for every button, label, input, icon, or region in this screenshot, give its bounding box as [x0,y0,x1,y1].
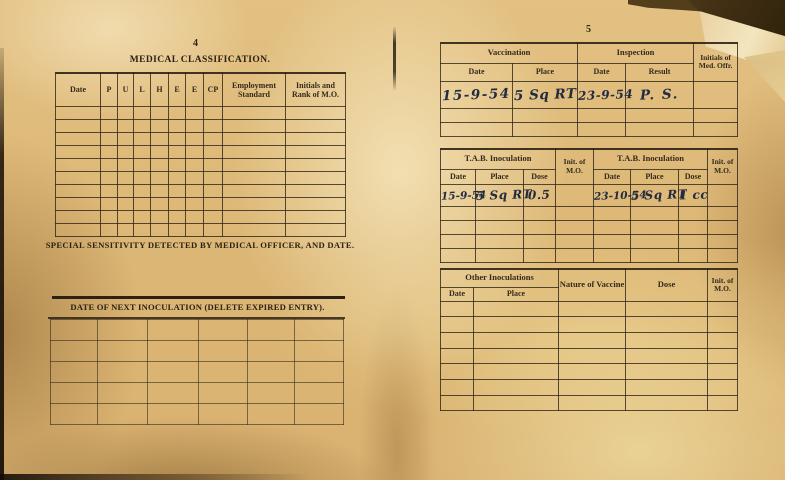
group-header-other-inoculations: Other Inoculations [441,269,559,287]
empty-cell [199,404,248,425]
empty-cell [223,223,286,236]
col-header-tab-dose-left: Dose [524,169,556,184]
table-row [56,210,346,223]
empty-cell [204,171,223,184]
empty-cell [199,341,248,362]
table-row [51,362,344,383]
empty-cell [441,379,474,395]
page-edge-left [0,48,4,480]
empty-cell [708,206,738,220]
vaccination-entry-row: 15-9-54 5 Sq RT 23-9-54 P. S. [441,81,738,108]
group-header-vaccination: Vaccination [441,43,578,63]
empty-cell [169,223,186,236]
empty-cell [118,210,134,223]
empty-cell [204,106,223,119]
empty-cell [474,332,559,348]
empty-cell [248,383,295,404]
empty-cell [186,223,204,236]
empty-cell [474,348,559,364]
empty-cell [169,184,186,197]
empty-cell [694,108,738,122]
empty-cell [441,206,476,220]
group-header-tab-right: T.A.B. Inoculation [594,149,708,169]
handwritten-inspection-result: P. S. [640,86,679,103]
empty-cell [524,234,556,248]
table-row [441,332,738,348]
empty-cell [118,132,134,145]
empty-cell [626,379,708,395]
table-row [441,220,738,234]
empty-cell [186,197,204,210]
medical-classification-title: MEDICAL CLASSIFICATION. [55,55,345,65]
table-row [441,122,738,136]
empty-cell [151,119,169,132]
empty-cell [151,171,169,184]
empty-cell [441,364,474,380]
empty-cell [148,404,199,425]
vaccination-place-cell: 5 Sq RT [513,81,578,108]
empty-cell [286,119,346,132]
empty-cell [556,248,594,262]
empty-cell [101,184,118,197]
empty-cell [286,145,346,158]
table-row [441,364,738,380]
empty-cell [134,158,151,171]
empty-cell [134,223,151,236]
page-number-right: 5 [586,24,591,35]
col-header-vaccination-place: Place [513,63,578,81]
empty-cell [134,184,151,197]
empty-cell [186,210,204,223]
empty-cell [594,206,631,220]
handwritten-tab-place-left: 5 Sq RT [476,187,532,203]
empty-cell [286,171,346,184]
empty-cell [118,106,134,119]
handwritten-tab-dose-right: 1 cc [679,187,709,202]
empty-cell [151,106,169,119]
empty-cell [474,395,559,411]
col-header-nature-of-vaccine: Nature of Vaccine [559,269,626,301]
col-header-u: U [118,73,134,106]
empty-cell [101,119,118,132]
empty-cell [559,364,626,380]
col-header-e1: E [169,73,186,106]
binding-crease [393,27,396,91]
empty-cell [223,210,286,223]
empty-cell [474,301,559,317]
empty-cell [186,132,204,145]
empty-cell [118,223,134,236]
col-header-inspection-result: Result [626,63,694,81]
empty-cell [151,197,169,210]
empty-cell [626,317,708,333]
empty-cell [204,197,223,210]
empty-cell [51,383,98,404]
table-row [441,395,738,411]
empty-cell [441,348,474,364]
special-sensitivity-heading: SPECIAL SENSITIVITY DETECTED BY MEDICAL … [28,240,372,250]
empty-cell [186,145,204,158]
empty-cell [134,106,151,119]
next-inoculation-heading: DATE OF NEXT INOCULATION (DELETE EXPIRED… [40,302,355,312]
empty-cell [98,404,148,425]
empty-cell [204,223,223,236]
empty-cell [286,197,346,210]
empty-cell [186,184,204,197]
vaccination-date-cell: 15-9-54 [441,81,513,108]
group-header-row: Vaccination Inspection Initials of Med. … [441,43,738,63]
empty-cell [694,122,738,136]
table-row [441,206,738,220]
empty-cell [708,234,738,248]
empty-cell [474,364,559,380]
empty-cell [56,210,101,223]
empty-cell [118,197,134,210]
col-header-init-mo: Init. of M.O. [708,269,738,301]
empty-cell [679,234,708,248]
empty-cell [223,145,286,158]
table-row [56,119,346,132]
empty-cell [199,320,248,341]
empty-cell [223,197,286,210]
empty-cell [631,234,679,248]
empty-cell [594,248,631,262]
next-inoculation-table [50,319,344,425]
empty-cell [708,348,738,364]
empty-cell [286,132,346,145]
empty-cell [559,332,626,348]
col-header-employment-standard: Employment Standard [223,73,286,106]
empty-cell [556,234,594,248]
col-header-initials-med-offr: Initials of Med. Offr. [694,43,738,81]
empty-cell [148,383,199,404]
col-header-l: L [134,73,151,106]
empty-cell [295,383,344,404]
table-row [56,158,346,171]
empty-cell [151,132,169,145]
empty-cell [199,362,248,383]
empty-cell [148,341,199,362]
col-header-tab-date-left: Date [441,169,476,184]
table-row [56,184,346,197]
table-row [56,223,346,236]
table-row [441,234,738,248]
table-row [441,317,738,333]
empty-cell [56,106,101,119]
empty-cell [524,220,556,234]
table-row [441,379,738,395]
group-header-row: Other Inoculations Nature of Vaccine Dos… [441,269,738,287]
empty-cell [101,132,118,145]
col-header-init-mo-left: Init. of M.O. [556,149,594,184]
empty-cell [56,197,101,210]
empty-cell [248,341,295,362]
empty-cell [626,348,708,364]
tab-entry-row: 15-9-54 5 Sq RT 0.5 23-10-54 5 Sq RT 1 c… [441,184,738,206]
empty-cell [199,383,248,404]
empty-cell [286,184,346,197]
col-header-cp: CP [204,73,223,106]
empty-cell [101,106,118,119]
col-header-inspection-date: Date [578,63,626,81]
empty-cell [118,184,134,197]
empty-cell [134,119,151,132]
empty-cell [441,332,474,348]
empty-cell [559,317,626,333]
empty-cell [559,301,626,317]
empty-cell [626,332,708,348]
empty-cell [223,119,286,132]
col-header-date: Date [56,73,101,106]
tab-inoculation-table: T.A.B. Inoculation Init. of M.O. T.A.B. … [440,148,738,263]
col-header-vaccination-date: Date [441,63,513,81]
col-header-init-mo-right: Init. of M.O. [708,149,738,184]
empty-cell [151,210,169,223]
empty-cell [476,234,524,248]
table-row [51,341,344,362]
empty-cell [118,158,134,171]
empty-cell [708,395,738,411]
empty-cell [286,223,346,236]
table-row [51,404,344,425]
empty-cell [101,145,118,158]
empty-cell [118,119,134,132]
empty-cell [148,320,199,341]
table-row [441,348,738,364]
table-row [56,106,346,119]
empty-cell [679,220,708,234]
table-header-row: Date P U L H E E CP Employment Standard … [56,73,346,106]
empty-cell [474,379,559,395]
empty-cell [56,119,101,132]
col-header-tab-place-left: Place [476,169,524,184]
empty-cell [524,248,556,262]
empty-cell [441,395,474,411]
empty-cell [441,248,476,262]
col-header-initials-rank-mo: Initials and Rank of M.O. [286,73,346,106]
empty-cell [631,248,679,262]
empty-cell [118,171,134,184]
empty-cell [204,210,223,223]
empty-cell [708,364,738,380]
empty-cell [513,108,578,122]
tab-date-cell-left: 15-9-54 [441,184,476,206]
empty-cell [286,210,346,223]
empty-cell [248,320,295,341]
empty-cell [169,158,186,171]
empty-cell [56,171,101,184]
empty-cell [578,108,626,122]
empty-cell [708,184,738,206]
empty-cell [118,145,134,158]
table-row [56,171,346,184]
empty-cell [631,220,679,234]
empty-cell [169,197,186,210]
empty-cell [476,206,524,220]
empty-cell [556,206,594,220]
empty-cell [286,106,346,119]
empty-cell [441,122,513,136]
empty-cell [204,119,223,132]
table-row [441,301,738,317]
handwritten-inspection-date: 23-9-54 [578,87,634,103]
empty-cell [248,404,295,425]
page-edge-bottom [0,474,310,480]
empty-cell [295,341,344,362]
empty-cell [556,184,594,206]
empty-cell [148,362,199,383]
empty-cell [101,210,118,223]
handwritten-vaccination-date: 15-9-54 [442,85,511,103]
empty-cell [134,210,151,223]
empty-cell [524,206,556,220]
empty-cell [295,320,344,341]
empty-cell [474,317,559,333]
table-row [56,197,346,210]
empty-cell [559,348,626,364]
medical-record-book-scan: 4 MEDICAL CLASSIFICATION. Date P U L H E… [0,0,785,480]
sub-header-row: Date Place Date Result [441,63,738,81]
empty-cell [441,220,476,234]
empty-cell [559,395,626,411]
empty-cell [679,206,708,220]
empty-cell [169,210,186,223]
empty-cell [56,158,101,171]
empty-cell [134,197,151,210]
empty-cell [679,248,708,262]
inspection-result-cell: P. S. [626,81,694,108]
empty-cell [626,364,708,380]
table-row [51,383,344,404]
col-header-e2: E [186,73,204,106]
empty-cell [513,122,578,136]
col-header-tab-place-right: Place [631,169,679,184]
handwritten-tab-dose-left: 0.5 [528,188,551,203]
empty-cell [51,362,98,383]
col-header-h: H [151,73,169,106]
col-header-dose: Dose [626,269,708,301]
empty-cell [441,108,513,122]
col-header-other-place: Place [474,287,559,301]
empty-cell [56,223,101,236]
table-row [441,248,738,262]
col-header-p: P [101,73,118,106]
empty-cell [223,106,286,119]
col-header-tab-date-right: Date [594,169,631,184]
empty-cell [151,184,169,197]
empty-cell [578,122,626,136]
medical-classification-table: Date P U L H E E CP Employment Standard … [55,72,346,237]
empty-cell [441,317,474,333]
empty-cell [594,234,631,248]
empty-cell [223,158,286,171]
empty-cell [51,404,98,425]
empty-cell [169,171,186,184]
empty-cell [708,332,738,348]
empty-cell [204,184,223,197]
empty-cell [708,248,738,262]
empty-cell [204,145,223,158]
empty-cell [476,248,524,262]
empty-cell [98,320,148,341]
table-row [51,320,344,341]
empty-cell [98,362,148,383]
empty-cell [626,108,694,122]
empty-cell [98,383,148,404]
empty-cell [101,197,118,210]
empty-cell [248,362,295,383]
empty-cell [151,223,169,236]
group-header-row: T.A.B. Inoculation Init. of M.O. T.A.B. … [441,149,738,169]
empty-cell [295,404,344,425]
group-header-tab-left: T.A.B. Inoculation [441,149,556,169]
table-row [56,132,346,145]
empty-cell [626,301,708,317]
empty-cell [708,379,738,395]
empty-cell [204,132,223,145]
inspection-date-cell: 23-9-54 [578,81,626,108]
empty-cell [186,158,204,171]
empty-cell [708,301,738,317]
empty-cell [151,158,169,171]
empty-cell [223,184,286,197]
empty-cell [186,171,204,184]
empty-cell [134,132,151,145]
empty-cell [476,220,524,234]
col-header-other-date: Date [441,287,474,301]
empty-cell [101,171,118,184]
empty-cell [51,341,98,362]
table-row [56,145,346,158]
tab-place-cell-left: 5 Sq RT [476,184,524,206]
page-number-left: 4 [193,38,198,49]
empty-cell [626,395,708,411]
empty-cell [169,132,186,145]
empty-cell [169,145,186,158]
empty-cell [134,145,151,158]
empty-cell [223,171,286,184]
empty-cell [186,106,204,119]
empty-cell [694,81,738,108]
empty-cell [631,206,679,220]
empty-cell [169,119,186,132]
empty-cell [708,220,738,234]
empty-cell [594,220,631,234]
tab-date-cell-right: 23-10-54 [594,184,631,206]
empty-cell [169,106,186,119]
table-row [441,108,738,122]
empty-cell [223,132,286,145]
empty-cell [51,320,98,341]
group-header-inspection: Inspection [578,43,694,63]
empty-cell [56,132,101,145]
empty-cell [56,145,101,158]
empty-cell [441,234,476,248]
empty-cell [204,158,223,171]
heavy-rule [52,296,345,299]
empty-cell [295,362,344,383]
empty-cell [708,317,738,333]
other-inoculations-table: Other Inoculations Nature of Vaccine Dos… [440,268,738,411]
col-header-tab-dose-right: Dose [679,169,708,184]
empty-cell [286,158,346,171]
empty-cell [151,145,169,158]
empty-cell [101,158,118,171]
empty-cell [556,220,594,234]
empty-cell [559,379,626,395]
empty-cell [626,122,694,136]
empty-cell [56,184,101,197]
